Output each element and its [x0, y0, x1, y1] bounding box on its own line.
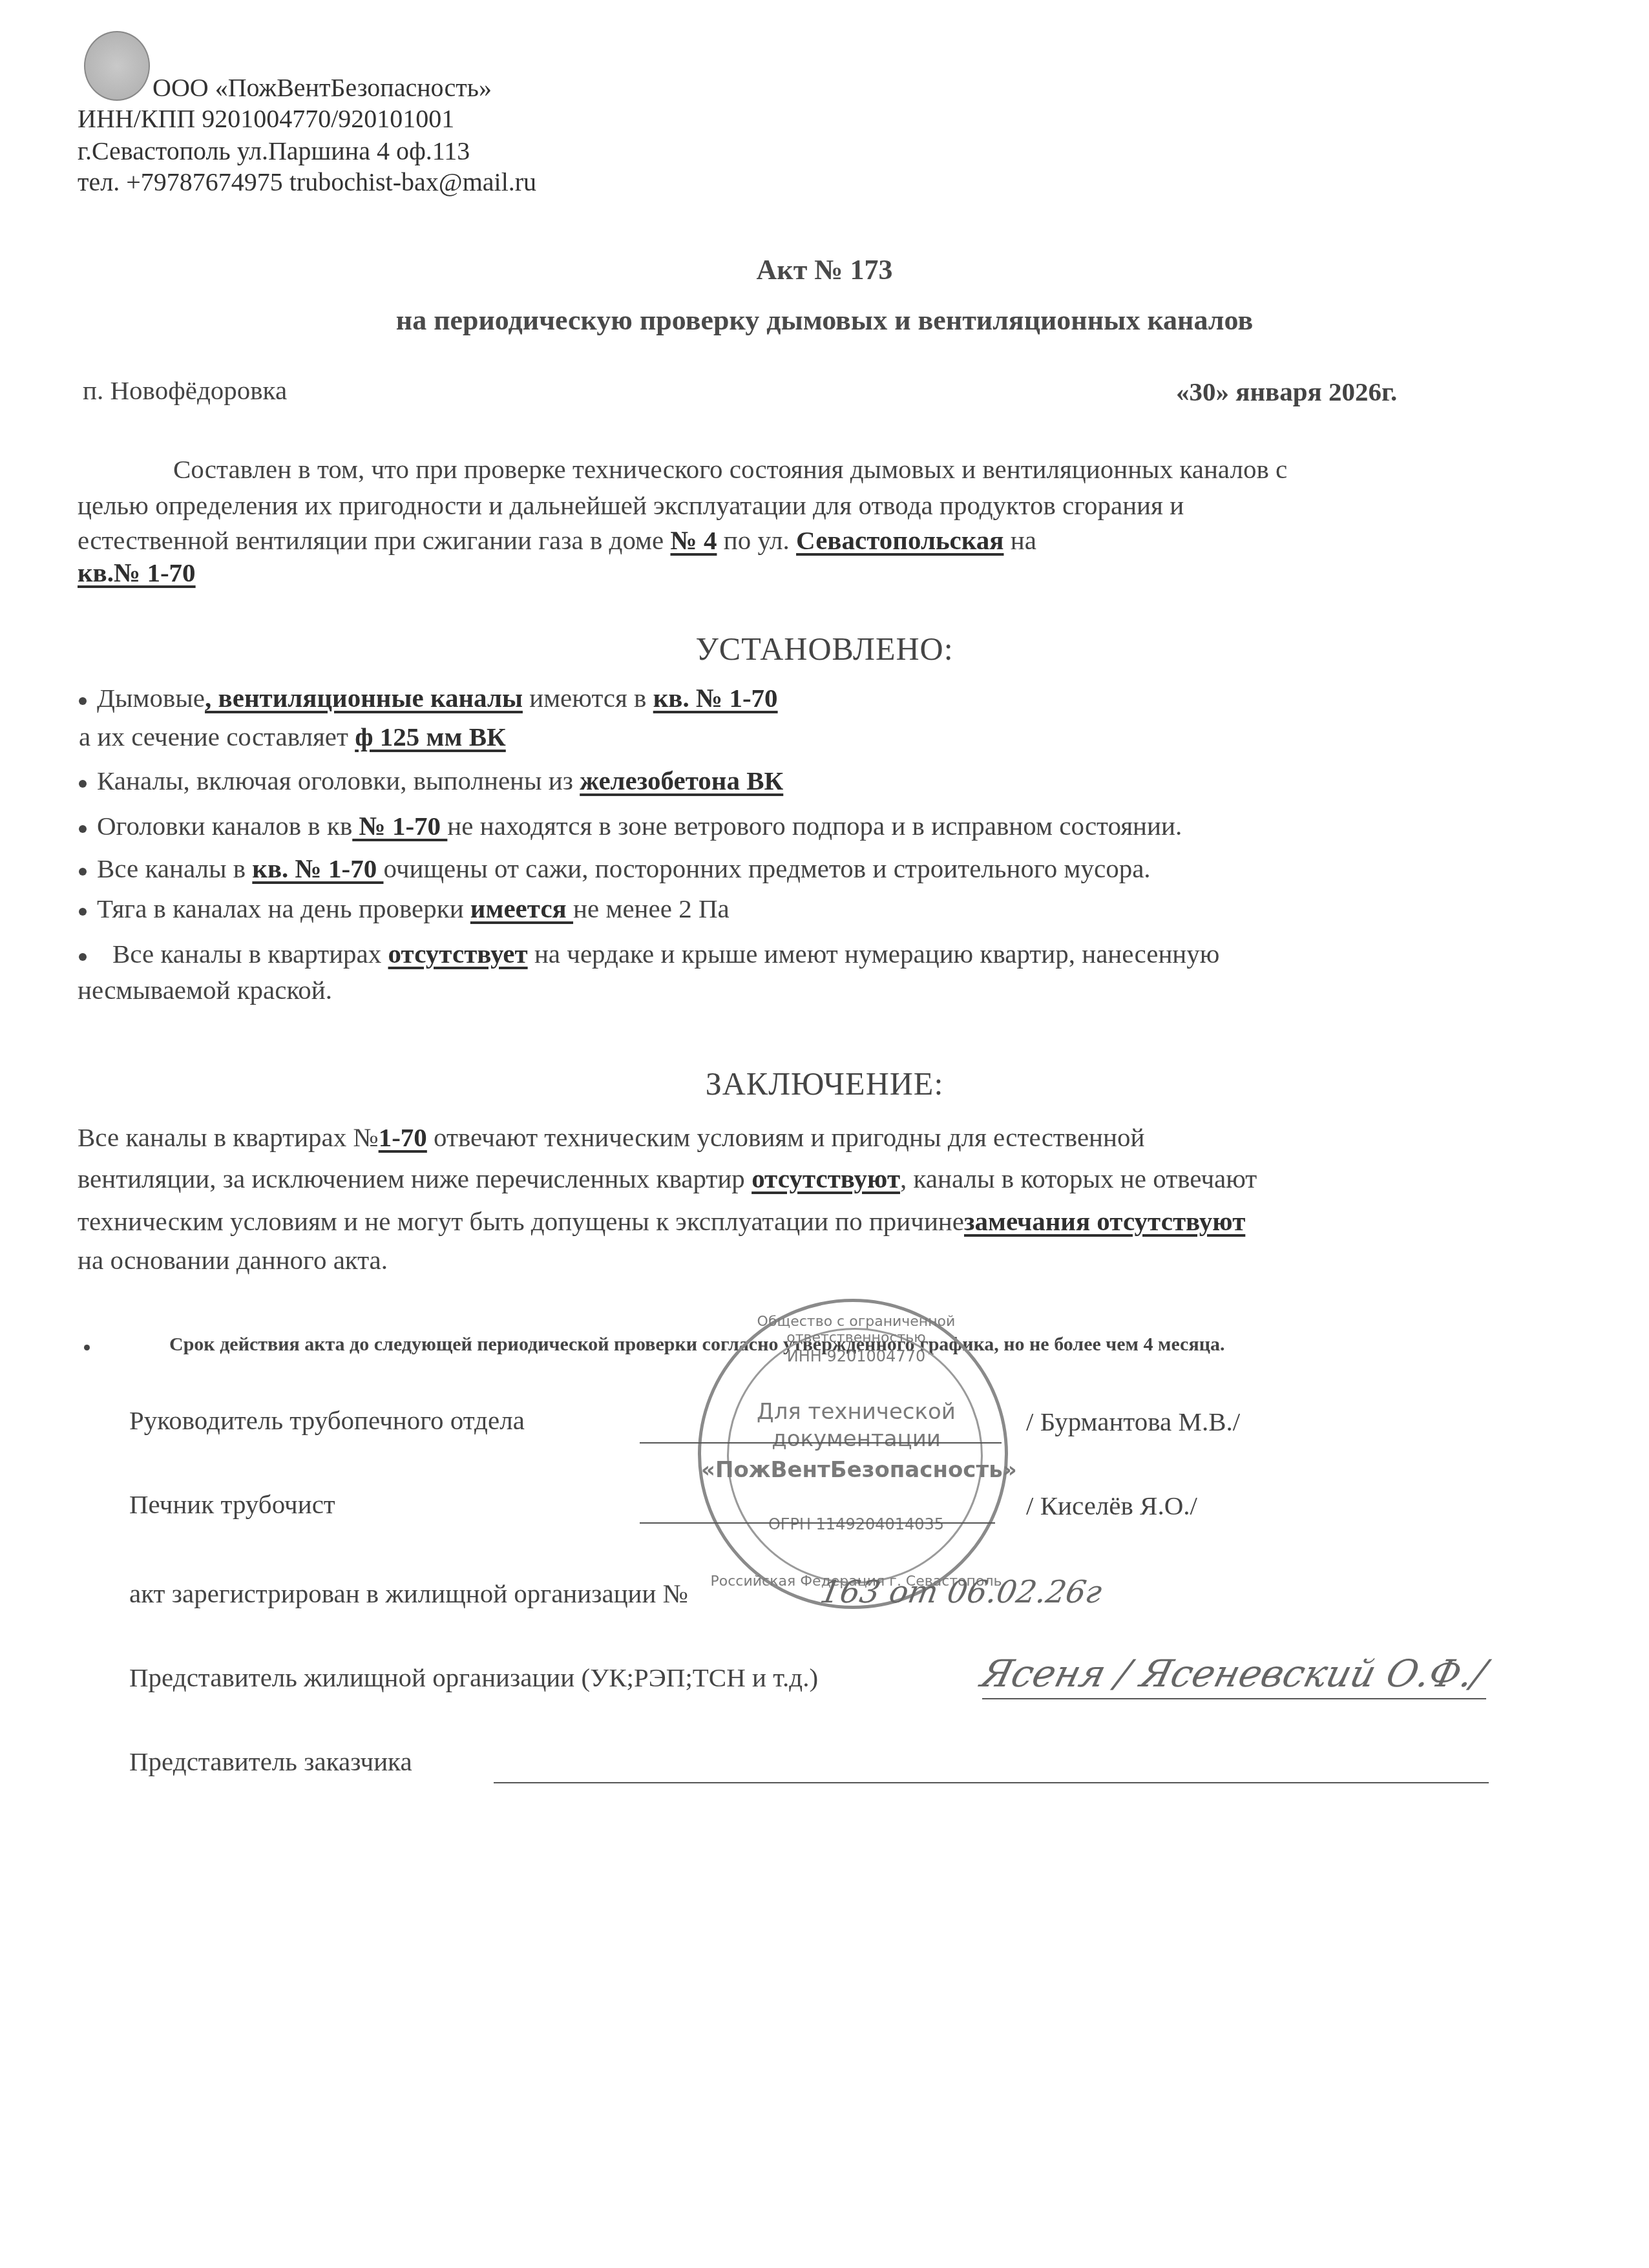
conclusion-line-2: вентиляции, за исключением ниже перечисл…	[78, 1163, 1257, 1194]
item-text: Все каналы в квартирах	[112, 939, 388, 969]
company-logo-icon	[84, 31, 150, 101]
established-item: Каналы, включая оголовки, выполнены из ж…	[79, 765, 783, 796]
established-item: Все каналы в кв. № 1-70 очищены от сажи,…	[79, 853, 1151, 884]
established-heading: УСТАНОВЛЕНО:	[0, 630, 1649, 667]
conclusion-line-3: техническим условиям и не могут быть доп…	[78, 1206, 1245, 1237]
item-value: железобетона ВК	[580, 766, 783, 795]
stamp-inner-ring	[727, 1328, 983, 1584]
item-value: отсутствует	[388, 939, 528, 969]
established-item: Тяга в каналах на день проверки имеется …	[79, 893, 730, 924]
house-number: № 4	[671, 525, 717, 555]
item-value: имеется	[470, 894, 573, 923]
intro-text: по ул.	[717, 525, 796, 555]
bullet-icon	[79, 908, 87, 916]
customer-rep-label: Представитель заказчика	[129, 1746, 412, 1777]
housing-rep-signature: Ясеня / Ясеневский О.Ф./	[977, 1652, 1491, 1696]
housing-rep-label: Представитель жилищной организации (УК;Р…	[129, 1662, 818, 1693]
act-number: Акт № 173	[0, 253, 1649, 286]
item-text: не менее 2 Па	[573, 894, 730, 923]
conclusion-value: замечания отсутствуют	[964, 1206, 1245, 1236]
company-address: г.Севастополь ул.Паршина 4 оф.113	[78, 136, 470, 167]
stamp-inn: ИНН 9201004770	[701, 1347, 1011, 1365]
item-value: кв. № 1-70	[252, 854, 383, 883]
company-contacts: тел. +79787674975 trubochist-bax@mail.ru	[78, 167, 536, 198]
established-item: Оголовки каналов в кв № 1-70 не находятс…	[79, 810, 1182, 841]
item-text: Дымовые	[97, 683, 205, 713]
registered-value: 163 от 06.02.26г	[817, 1574, 1104, 1610]
conclusion-text: отвечают техническим условиям и пригодны…	[427, 1122, 1145, 1152]
bullet-icon	[79, 697, 87, 705]
conclusion-value: 1-70	[379, 1122, 427, 1152]
conclusion-value: отсутствуют	[751, 1164, 900, 1193]
bullet-icon	[79, 953, 87, 961]
sweep-label: Печник трубочист	[129, 1489, 335, 1520]
intro-text: естественной вентиляции при сжигании газ…	[78, 525, 671, 555]
item-text: Каналы, включая оголовки, выполнены из	[97, 766, 580, 795]
item-text: Оголовки каналов в кв	[97, 811, 352, 841]
housing-rep-signature-line	[982, 1698, 1486, 1699]
conclusion-text: Все каналы в квартирах №	[78, 1122, 379, 1152]
stamp-outer-top: Общество с ограниченной ответственностью	[701, 1314, 1011, 1346]
item-value: ф 125 мм ВК	[355, 722, 506, 751]
established-item-continuation: несмываемой краской.	[78, 974, 332, 1005]
customer-rep-signature-line[interactable]	[494, 1782, 1489, 1783]
intro-line-3: естественной вентиляции при сжигании газ…	[78, 525, 1036, 556]
street-name: Севастопольская	[796, 525, 1003, 555]
conclusion-line-1: Все каналы в квартирах №1-70 отвечают те…	[78, 1122, 1144, 1153]
item-value: , вентиляционные каналы	[205, 683, 523, 713]
head-label: Руководитель трубопечного отдела	[129, 1405, 525, 1436]
intro-text: на	[1003, 525, 1036, 555]
bullet-icon	[79, 825, 87, 833]
item-text: очищены от сажи, посторонних предметов и…	[383, 854, 1150, 883]
registered-label: акт зарегистрирован в жилищной организац…	[129, 1578, 688, 1609]
conclusion-heading: ЗАКЛЮЧЕНИЕ:	[0, 1065, 1649, 1102]
item-text: Тяга в каналах на день проверки	[97, 894, 470, 923]
place: п. Новофёдоровка	[83, 375, 287, 406]
conclusion-text: , каналы в которых не отвечают	[900, 1164, 1257, 1193]
item-text: Все каналы в	[97, 854, 252, 883]
item-value: № 1-70	[352, 811, 447, 841]
bullet-icon	[84, 1341, 100, 1353]
company-name: ООО «ПожВентБезопасность»	[152, 72, 492, 103]
head-signature-line	[640, 1442, 1002, 1444]
stamp-ogrn: ОГРН 1149204014035	[701, 1515, 1011, 1533]
item-value: кв. № 1-70	[653, 683, 778, 713]
established-item: Все каналы в квартирах отсутствует на че…	[79, 938, 1219, 969]
conclusion-text: техническим условиям и не могут быть доп…	[78, 1206, 964, 1236]
conclusion-line-4: на основании данного акта.	[78, 1244, 388, 1276]
item-text: на чердаке и крыше имеют нумерацию кварт…	[528, 939, 1220, 969]
intro-line-4: кв.№ 1-70	[78, 557, 196, 588]
sweep-signature-line	[640, 1522, 995, 1524]
established-item: Дымовые, вентиляционные каналы имеются в…	[79, 682, 778, 713]
bullet-icon	[79, 868, 87, 876]
apartments-range: кв.№ 1-70	[78, 558, 196, 587]
intro-line-2: целью определения их пригодности и дальн…	[78, 490, 1184, 521]
validity-note: Срок действия акта до следующей периодич…	[169, 1334, 1224, 1356]
bullet-icon	[79, 780, 87, 788]
item-text: имеются в	[523, 683, 653, 713]
sweep-name: / Киселёв Я.О./	[1026, 1490, 1197, 1521]
head-name: / Бурмантова М.В./	[1026, 1406, 1240, 1437]
stamp-center-1: Для технической	[701, 1399, 1011, 1425]
established-item: а их сечение составляет ф 125 мм ВК	[79, 721, 506, 752]
item-text: а их сечение составляет	[79, 722, 355, 751]
item-text: не находятся в зоне ветрового подпора и …	[447, 811, 1182, 841]
company-stamp: Общество с ограниченной ответственностью…	[698, 1299, 1008, 1609]
stamp-center-2: документации	[701, 1426, 1011, 1452]
stamp-company: «ПожВентБезопасность»	[701, 1457, 1011, 1483]
conclusion-text: вентиляции, за исключением ниже перечисл…	[78, 1164, 751, 1193]
act-subtitle: на периодическую проверку дымовых и вент…	[0, 304, 1649, 337]
intro-line-1: Составлен в том, что при проверке технич…	[173, 454, 1287, 485]
company-inn-kpp: ИНН/КПП 9201004770/920101001	[78, 103, 454, 134]
date: «30» января 2026г.	[1176, 376, 1397, 407]
